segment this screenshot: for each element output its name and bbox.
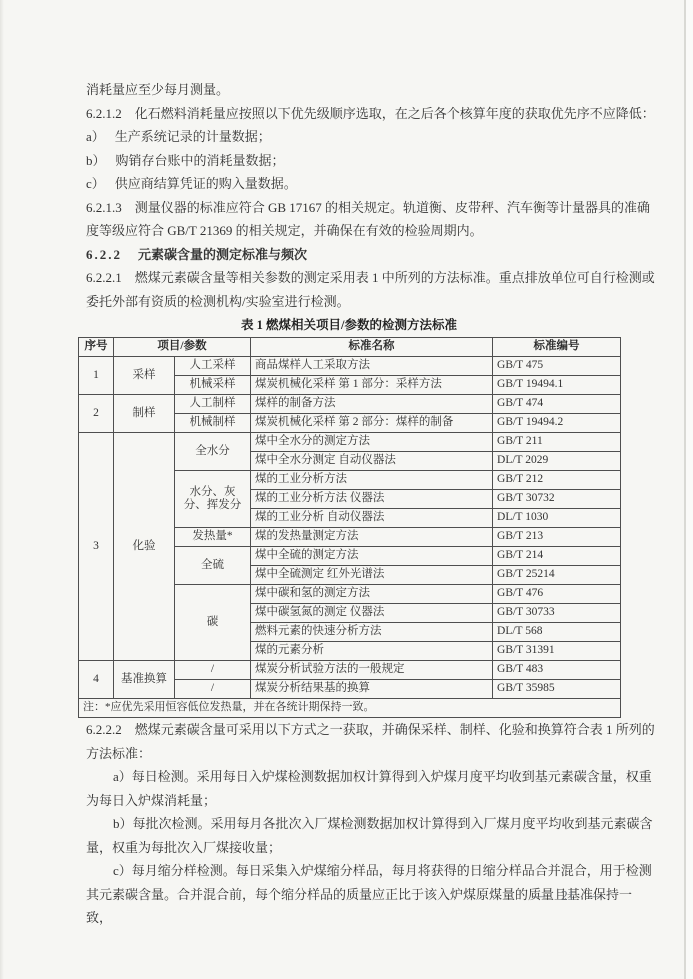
cell-no: 4 (79, 661, 114, 699)
table-row: 3 化验 全水分 煤中全水分的测定方法 GB/T 211 (79, 433, 621, 452)
document-content: 消耗量应至少每月测量。 6.2.1.2化石燃料消耗量应按照以下优先级顺序选取，在… (86, 78, 656, 930)
cell-std-code: GB/T 483 (493, 661, 621, 680)
cell-std-code: GB/T 474 (493, 395, 621, 414)
cell-std-code: GB/T 475 (493, 357, 621, 376)
cell-std-name: 煤的工业分析方法 (251, 471, 493, 490)
cell-std-code: DL/T 1030 (493, 509, 621, 528)
cell-item: 基准换算 (114, 661, 175, 699)
cell-param: 全水分 (175, 433, 251, 471)
cell-std-name: 煤中碳氢氮的测定 仪器法 (251, 604, 493, 623)
cell-std-name: 煤的元素分析 (251, 642, 493, 661)
clause-number: 6.2.2.1 (86, 270, 122, 285)
column-header-std-code: 标准编号 (493, 338, 621, 357)
cell-std-code: GB/T 19494.2 (493, 414, 621, 433)
list-item-b: b）每批次检测。采用每月各批次入厂煤检测数据加权计算得到入厂煤月度平均收到基元素… (86, 812, 656, 859)
cell-std-code: DL/T 568 (493, 623, 621, 642)
table-1-block: 表 1 燃煤相关项目/参数的检测方法标准 序号 项目/参数 标准名称 标准编号 (78, 315, 620, 718)
list-text: 购销存台账中的消耗量数据； (116, 153, 285, 168)
clause-text: 测量仪器的标准应符合 GB 17167 的相关规定。轨道衡、皮带秤、汽车衡等计量… (86, 200, 650, 239)
list-label: a） (113, 769, 132, 784)
scan-left-edge (0, 0, 4, 979)
cell-param: 全硫 (175, 547, 251, 585)
cell-item: 采样 (114, 357, 175, 395)
cell-param: 机械制样 (175, 414, 251, 433)
heading-6-2-2: 6.2.2元素碳含量的测定标准与频次 (86, 243, 656, 267)
page-number: —21— (529, 888, 608, 904)
list-text: 每批次检测。采用每月各批次入厂煤检测数据加权计算得到入厂煤月度平均收到基元素碳含… (86, 816, 653, 855)
cell-param: 人工制样 (175, 395, 251, 414)
clause-text: 燃煤元素碳含量等相关参数的测定采用表 1 中所列的方法标准。重点排放单位可自行检… (86, 270, 655, 309)
cell-std-name: 燃料元素的快速分析方法 (251, 623, 493, 642)
clause-6-2-1-2: 6.2.1.2化石燃料消耗量应按照以下优先级顺序选取，在之后各个核算年度的获取优… (86, 102, 656, 126)
cell-std-name: 煤样的制备方法 (251, 395, 493, 414)
column-header-std-name: 标准名称 (251, 338, 493, 357)
list-text: 每日检测。采用每日入炉煤检测数据加权计算得到入炉煤月度平均收到基元素碳含量，权重… (86, 769, 652, 808)
table-header-row: 序号 项目/参数 标准名称 标准编号 (79, 338, 621, 357)
cell-param: / (175, 680, 251, 699)
cell-no: 2 (79, 395, 114, 433)
table-row: 2 制样 人工制样 煤样的制备方法 GB/T 474 (79, 395, 621, 414)
cell-param: 发热量* (175, 528, 251, 547)
cell-param: 人工采样 (175, 357, 251, 376)
list-text: 生产系统记录的计量数据； (115, 129, 271, 144)
list-label: a） (86, 129, 105, 144)
column-header-item: 项目/参数 (114, 338, 251, 357)
list-item-a: a）生产系统记录的计量数据； (86, 125, 656, 149)
clause-6-2-2-2: 6.2.2.2燃煤元素碳含量可采用以下方式之一获取，并确保采样、制样、化验和换算… (86, 718, 656, 765)
cell-param: 机械采样 (175, 376, 251, 395)
scanned-document-page: 消耗量应至少每月测量。 6.2.1.2化石燃料消耗量应按照以下优先级顺序选取，在… (0, 0, 693, 979)
list-item-c: c）供应商结算凭证的购入量数据。 (86, 172, 656, 196)
cell-param: 水分、灰分、挥发分 (175, 471, 251, 528)
cell-std-code: GB/T 214 (493, 547, 621, 566)
cell-std-code: GB/T 35985 (493, 680, 621, 699)
clause-text: 燃煤元素碳含量可采用以下方式之一获取，并确保采样、制样、化验和换算符合表 1 所… (86, 722, 655, 761)
heading-text: 元素碳含量的测定标准与频次 (138, 247, 307, 262)
cell-std-code: GB/T 213 (493, 528, 621, 547)
cell-no: 3 (79, 433, 114, 661)
cell-std-name: 煤中全水分的测定方法 (251, 433, 493, 452)
cell-std-code: GB/T 25214 (493, 566, 621, 585)
list-item-b: b）购销存台账中的消耗量数据； (86, 149, 656, 173)
list-label: b） (86, 153, 106, 168)
cell-std-code: GB/T 476 (493, 585, 621, 604)
cell-std-name: 煤中全硫的测定方法 (251, 547, 493, 566)
cell-std-code: GB/T 30733 (493, 604, 621, 623)
cell-std-name: 煤中全水分测定 自动仪器法 (251, 452, 493, 471)
table-title: 表 1 燃煤相关项目/参数的检测方法标准 (78, 315, 620, 336)
standards-table: 序号 项目/参数 标准名称 标准编号 1 采样 人工采样 商品煤样人工采取方法 … (78, 337, 621, 718)
cell-item: 化验 (114, 433, 175, 661)
cell-std-code: GB/T 19494.1 (493, 376, 621, 395)
list-label: c） (86, 176, 105, 191)
table-note-row: 注：*应优先采用恒容低位发热量，并在各统计期保持一致。 (79, 699, 621, 718)
clause-number: 6.2.2.2 (86, 722, 122, 737)
footer-page-number: 21 (561, 888, 575, 903)
cell-item: 制样 (114, 395, 175, 433)
cell-std-code: GB/T 211 (493, 433, 621, 452)
table-row: 4 基准换算 / 煤炭分析试验方法的一般规定 GB/T 483 (79, 661, 621, 680)
list-label: c） (113, 863, 132, 878)
clause-text: 化石燃料消耗量应按照以下优先级顺序选取，在之后各个核算年度的获取优先序不应降低： (135, 106, 655, 121)
clause-number: 6.2.1.3 (86, 200, 122, 215)
cell-no: 1 (79, 357, 114, 395)
clause-6-2-1-3: 6.2.1.3测量仪器的标准应符合 GB 17167 的相关规定。轨道衡、皮带秤… (86, 196, 656, 243)
cell-std-name: 煤中碳和氢的测定方法 (251, 585, 493, 604)
footer-dash-right: — (589, 888, 604, 903)
clause-6-2-2-1: 6.2.2.1燃煤元素碳含量等相关参数的测定采用表 1 中所列的方法标准。重点排… (86, 266, 656, 313)
cell-std-name: 煤中全硫测定 红外光谱法 (251, 566, 493, 585)
list-label: b） (113, 816, 133, 831)
cell-std-name: 煤的发热量测定方法 (251, 528, 493, 547)
heading-number: 6.2.2 (86, 247, 122, 262)
cell-std-name: 煤炭机械化采样 第 2 部分：煤样的制备 (251, 414, 493, 433)
cell-std-name: 商品煤样人工采取方法 (251, 357, 493, 376)
cell-std-code: GB/T 30732 (493, 490, 621, 509)
table-note: 注：*应优先采用恒容低位发热量，并在各统计期保持一致。 (79, 699, 621, 718)
column-header-no: 序号 (79, 338, 114, 357)
paragraph-intro: 消耗量应至少每月测量。 (86, 78, 656, 102)
clause-number: 6.2.1.2 (86, 106, 122, 121)
list-item-a: a）每日检测。采用每日入炉煤检测数据加权计算得到入炉煤月度平均收到基元素碳含量，… (86, 765, 656, 812)
cell-std-name: 煤的工业分析方法 仪器法 (251, 490, 493, 509)
table-row: 1 采样 人工采样 商品煤样人工采取方法 GB/T 475 (79, 357, 621, 376)
list-text: 供应商结算凭证的购入量数据。 (115, 176, 297, 191)
cell-std-code: GB/T 31391 (493, 642, 621, 661)
cell-param: / (175, 661, 251, 680)
cell-std-name: 煤炭机械化采样 第 1 部分：采样方法 (251, 376, 493, 395)
cell-std-name: 煤的工业分析 自动仪器法 (251, 509, 493, 528)
footer-dash-left: — (533, 888, 548, 903)
cell-param: 碳 (175, 585, 251, 661)
cell-std-name: 煤炭分析试验方法的一般规定 (251, 661, 493, 680)
scan-right-strip (686, 0, 693, 979)
cell-std-code: GB/T 212 (493, 471, 621, 490)
cell-std-code: DL/T 2029 (493, 452, 621, 471)
cell-std-name: 煤炭分析结果基的换算 (251, 680, 493, 699)
